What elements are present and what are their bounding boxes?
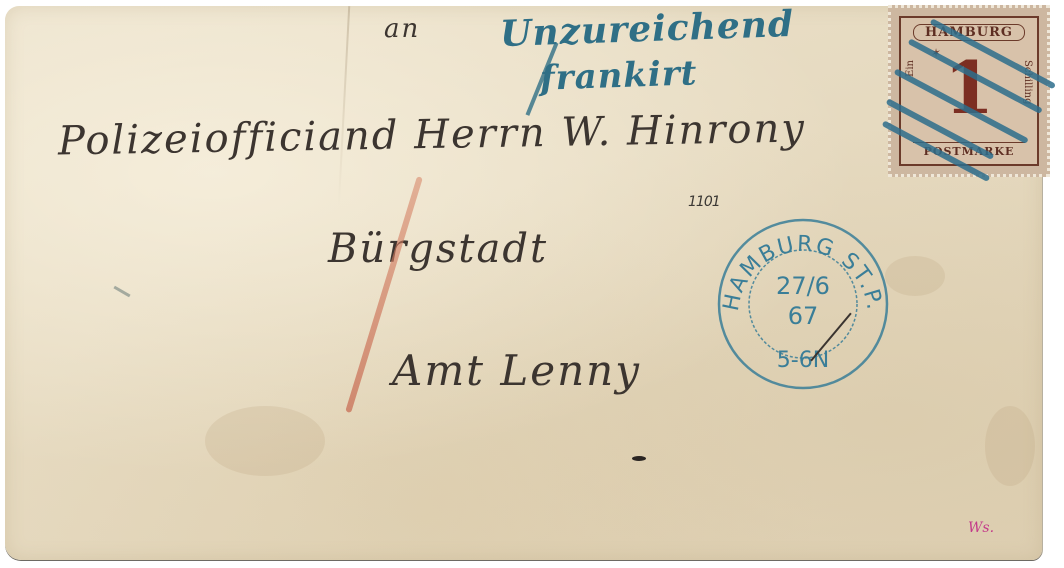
- address-line2: Bürgstadt: [328, 226, 548, 272]
- paper-stain: [985, 406, 1035, 486]
- postmark-time: 5-6N: [760, 348, 846, 373]
- postmark-year: 67: [760, 302, 846, 330]
- pencil-note: 1101: [688, 194, 720, 210]
- postage-stamp: HAMBURG ✶ Ein Schilling 1 POSTMARKE: [888, 5, 1050, 177]
- address-line3: Amt Lenny: [392, 346, 641, 395]
- postmark: HAMBURG ST.P. 27/6 67 5-6N: [716, 216, 890, 362]
- paper-stain: [885, 256, 945, 296]
- paper-crease: [338, 6, 350, 206]
- ink-dot: [632, 456, 646, 461]
- paper-stain: [205, 406, 325, 476]
- handwriting-prefix: an: [384, 14, 420, 44]
- pink-corner-mark: Ws.: [968, 520, 994, 536]
- postmark-date: 27/6: [760, 272, 846, 300]
- blue-note-line2: frankirt: [539, 53, 698, 98]
